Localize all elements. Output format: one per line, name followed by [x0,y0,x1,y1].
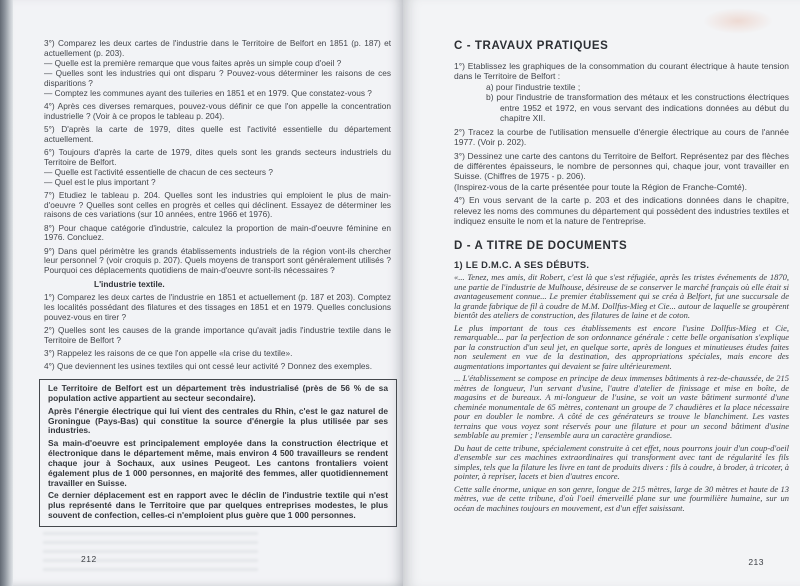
subquestion-item-b: b) pour l'industrie de transformation de… [454,92,789,123]
subquestion-item-a: a) pour l'industrie textile ; [454,82,789,92]
section-heading-documents: D - A TITRE DE DOCUMENTS [454,240,789,253]
question-item: 3°) Rappelez les raisons de ce que l'on … [44,349,391,359]
book-edge-shadow [0,0,14,586]
question-item: 7°) Etudiez le tableau p. 204. Quelles s… [44,191,391,221]
question-item: 9°) Dans quel périmètre les grands établ… [44,247,391,277]
question-item: 1°) Etablissez les graphiques de la cons… [454,61,789,82]
page-right: C - TRAVAUX PRATIQUES 1°) Etablissez les… [403,0,800,586]
question-item: 8°) Pour chaque catégorie d'industrie, c… [44,224,391,244]
document-paragraph: «... Tenez, mes amis, dit Robert, c'est … [454,273,789,321]
summary-box: Le Territoire de Belfort est un départem… [39,379,397,527]
scan-smudge [703,8,773,34]
question-item: 2°) Quelles sont les causes de la grande… [44,326,391,346]
question-item: 3°) Dessinez une carte des cantons du Te… [454,151,789,182]
question-item: 5°) D'après la carte de 1979, dites quel… [44,125,391,145]
book-spread-scan: 3°) Comparez les deux cartes de l'indust… [0,0,800,586]
page-number-left: 212 [81,554,97,564]
page-left-content: 3°) Comparez les deux cartes de l'indust… [44,36,391,527]
document-paragraph: Du haut de cette tribune, spécialement c… [454,444,789,482]
subquestion-item: — Quel est le plus important ? [44,178,391,188]
subquestion-item: — Comptez les communes ayant des tuileri… [44,89,391,99]
section-heading-travaux-pratiques: C - TRAVAUX PRATIQUES [454,40,789,53]
ink-showthrough [43,532,258,576]
textile-section-heading: L'industrie textile. [44,280,391,290]
document-title-dmc: 1) LE D.M.C. A SES DÉBUTS. [454,260,789,270]
question-item: 1°) Comparez les deux cartes de l'indust… [44,293,391,323]
document-paragraph: ... L'établissement se compose en princi… [454,374,789,441]
summary-paragraph: Le Territoire de Belfort est un départem… [48,384,388,404]
question-note: (Inspirez-vous de la carte présentée pou… [454,182,789,192]
question-item: 4°) Après ces diverses remarques, pouvez… [44,102,391,122]
summary-paragraph: Ce dernier déplacement est en rapport av… [48,491,388,521]
question-item: 2°) Tracez la courbe de l'utilisation me… [454,127,789,148]
page-number-right: 213 [748,557,764,567]
page-right-content: C - TRAVAUX PRATIQUES 1°) Etablissez les… [454,40,789,513]
question-item: 4°) Que deviennent les usines textiles q… [44,362,391,372]
question-item: 6°) Toujours d'après la carte de 1979, d… [44,148,391,168]
document-paragraph: Cette salle énorme, unique en son genre,… [454,485,789,514]
subquestion-item: — Quelles sont les industries qui ont di… [44,69,391,89]
summary-paragraph: Sa main-d'oeuvre est principalement empl… [48,439,388,489]
question-item: 4°) En vous servant de la carte p. 203 e… [454,195,789,226]
question-item: 3°) Comparez les deux cartes de l'indust… [44,39,391,59]
document-paragraph: Le plus important de tous ces établissem… [454,324,789,372]
page-left: 3°) Comparez les deux cartes de l'indust… [13,0,403,586]
summary-paragraph: Après l'énergie électrique qui lui vient… [48,407,388,437]
